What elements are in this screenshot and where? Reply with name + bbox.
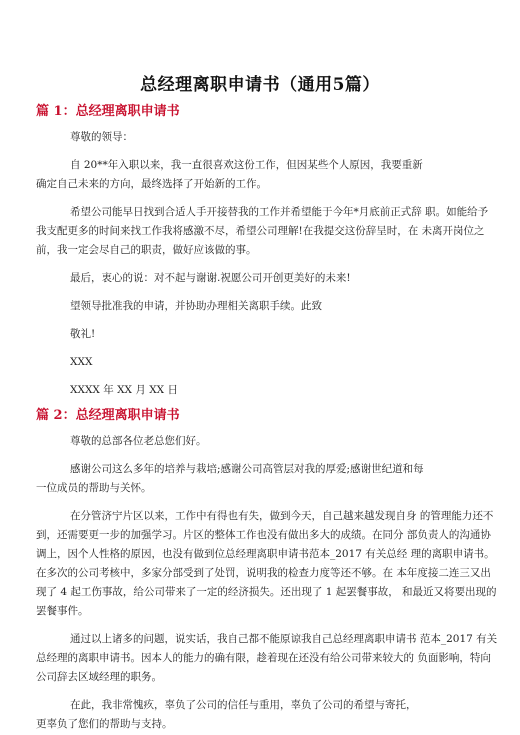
paragraph-line: 现了 4 起工伤事故，给公司带来了一定的经济损失。还出现了 1 起罢餐事故， 和… — [36, 583, 497, 602]
paragraph-line: 公司辞去区域经理的职务。 — [36, 668, 162, 687]
paragraph-line: 调上，因个人性格的原因，也没有做到位总经理离职申请书范本_2017 有关总经 理… — [36, 545, 495, 564]
paragraph-line: 在多次的公司考核中，多家分部受到了处罚，说明我的检查力度等还不够。在 本年度接二… — [36, 564, 491, 583]
paragraph-line: 一位成员的帮助与关怀。 — [36, 479, 152, 498]
signature: XXX — [70, 353, 92, 372]
paragraph-line: 在此，我非常愧疚，辜负了公司的信任与重用，辜负了公司的希望与寄托， — [70, 696, 417, 715]
paragraph-line: 自 20**年入职以来，我一直很喜欢这份工作，但因某些个人原因，我要重新 — [70, 156, 423, 175]
paragraph-line: 确定自己未来的方向，最终选择了开始新的工作。 — [36, 175, 267, 194]
salutation: 尊敬的领导： — [70, 128, 133, 147]
paragraph-line: 我支配更多的时间来找工作我将感激不尽，希望公司理解!在我提交这份辞呈时，在 未离… — [36, 222, 485, 241]
document-page: 总经理离职申请书（通用5篇） 篇 1：总经理离职申请书 尊敬的领导： 自 20*… — [0, 0, 520, 735]
paragraph-line: 更辜负了您们的帮助与支持。 — [36, 715, 173, 734]
paragraph-line: 希望公司能早日找到合适人手开接替我的工作并希望能于今年*月底前正式辞 职。如能给… — [70, 203, 488, 222]
document-title: 总经理离职申请书（通用5篇） — [0, 70, 520, 95]
salutation: 尊敬的总部各位老总您们好。 — [70, 432, 207, 451]
section-2-heading: 篇 2：总经理离职申请书 — [36, 404, 180, 423]
paragraph-line: 最后，衷心的说：对不起与谢谢.祝愿公司开创更美好的未来! — [70, 269, 351, 288]
paragraph-line: 到，还需要更一步的加强学习。片区的整体工作也没有做出多大的成绩。在同分 部负责人… — [36, 526, 491, 545]
paragraph-line: 前，我一定会尽自己的职责，做好应该做的事。 — [36, 241, 257, 260]
paragraph-line: 在分管济宁片区以来，工作中有得也有失，做到今天，自己越来越发现自身 的管理能力还… — [70, 507, 493, 526]
closing: 敬礼! — [70, 325, 95, 344]
paragraph-line: 望领导批准我的申请，并协助办理相关离职手续。此致 — [70, 297, 322, 316]
date: XXXX 年 XX 月 XX 日 — [70, 381, 178, 400]
paragraph-line: 通过以上诸多的问题，说实话，我自己都不能原谅我自己总经理离职申请书 范本_201… — [70, 630, 497, 649]
section-1-heading: 篇 1：总经理离职申请书 — [36, 100, 180, 119]
paragraph-line: 罢餐事件。 — [36, 602, 89, 621]
paragraph-line: 总经理的离职申请书。因本人的能力的确有限，趁着现在还没有给公司带来较大的 负面影… — [36, 649, 491, 668]
paragraph-line: 感谢公司这么多年的培养与栽培;感谢公司高管层对我的厚爱;感谢世纪道和每 — [70, 460, 424, 479]
